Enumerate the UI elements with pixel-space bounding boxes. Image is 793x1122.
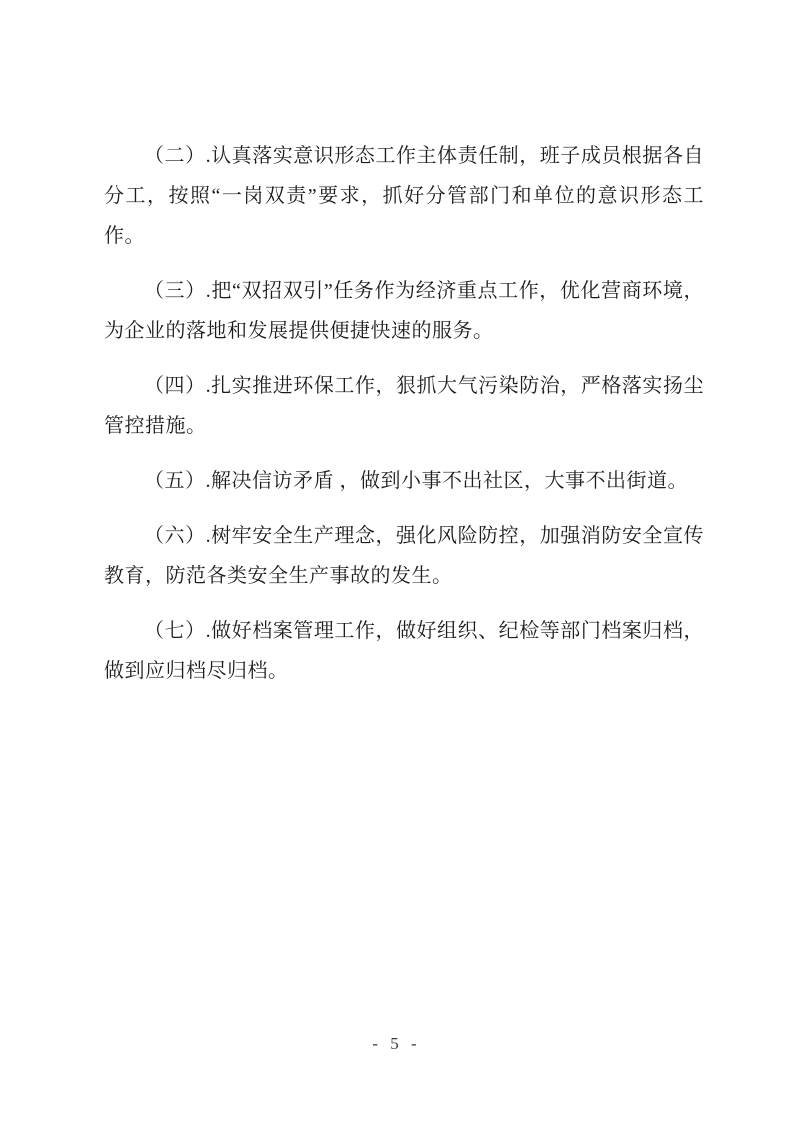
paragraph-item-7: （七）.做好档案管理工作，做好组织、纪检等部门档案归档，做到应归档尽归档。 [104,611,704,691]
document-body: （二）.认真落实意识形态工作主体责任制，班子成员根据各自分工，按照“一岗双责”要… [104,136,704,706]
paragraph-item-2: （二）.认真落实意识形态工作主体责任制，班子成员根据各自分工，按照“一岗双责”要… [104,136,704,256]
paragraph-item-6: （六）.树牢安全生产理念，强化风险防控，加强消防安全宣传教育，防范各类安全生产事… [104,516,704,596]
document-page: （二）.认真落实意识形态工作主体责任制，班子成员根据各自分工，按照“一岗双责”要… [0,0,793,1122]
paragraph-item-5: （五）.解决信访矛盾 ，做到小事不出社区，大事不出街道。 [104,461,704,501]
page-number: - 5 - [0,1034,793,1054]
paragraph-item-4: （四）.扎实推进环保工作，狠抓大气污染防治，严格落实扬尘管控措施。 [104,366,704,446]
paragraph-item-3: （三）.把“双招双引”任务作为经济重点工作，优化营商环境，为企业的落地和发展提供… [104,271,704,351]
